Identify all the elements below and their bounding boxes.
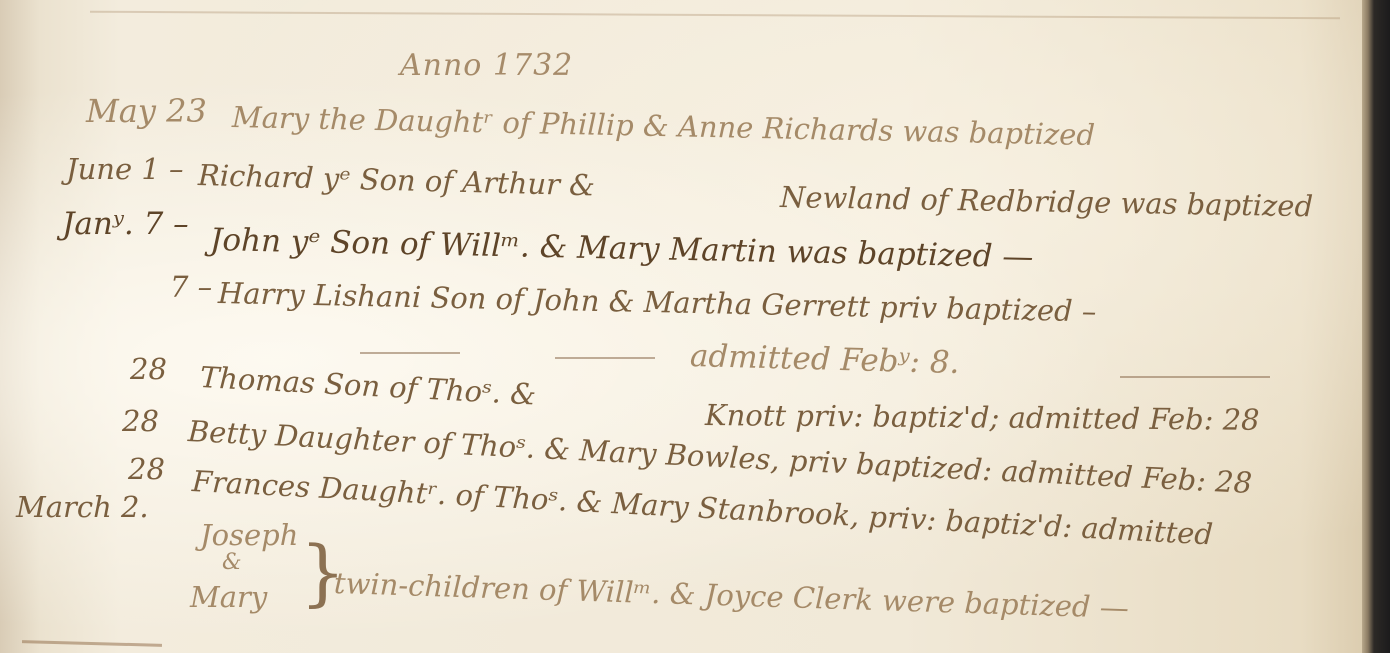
twin-name: Joseph — [200, 518, 298, 552]
entry-text: Harry Lishani Son of John & Martha Gerre… — [218, 276, 1097, 328]
entry-text: Thomas Son of Thoˢ. & — [199, 360, 537, 412]
entry-text: Mary the Daughtʳ of Phillip & Anne Richa… — [232, 100, 1096, 152]
entry-text-continued: Knott priv: baptiz'd; admitted Feb: 28 — [705, 398, 1260, 437]
register-page: Anno 1732 May 23 Mary the Daughtʳ of Phi… — [0, 0, 1362, 653]
entry-date: 28 — [128, 452, 165, 486]
entry-date: 28 — [130, 352, 167, 386]
ruled-line-top — [90, 11, 1340, 20]
entry-date: March 2. — [16, 490, 149, 524]
entry-text: twin-children of Willᵐ. & Joyce Clerk we… — [333, 566, 1129, 625]
entry-text: Richard yᵉ Son of Arthur & — [198, 158, 596, 202]
entry-note: admitted Febʸ: 8. — [690, 338, 960, 381]
entry-date: 28 — [122, 404, 159, 438]
ruled-dash — [1120, 376, 1270, 378]
ruled-dash — [360, 352, 460, 354]
book-binding-edge — [1362, 0, 1390, 653]
entry-date: May 23 — [86, 92, 207, 130]
entry-date: June 1 – — [66, 152, 184, 186]
entry-text-continued: Newland of Redbridge was baptized — [780, 180, 1314, 223]
twin-ampersand: & — [222, 550, 242, 575]
entry-date: Janʸ. 7 – — [62, 206, 189, 242]
ruled-line-bottom — [22, 640, 162, 647]
entry-date: 7 – — [170, 270, 212, 304]
page-heading: Anno 1732 — [400, 48, 573, 83]
twin-name: Mary — [190, 580, 267, 614]
ruled-dash — [555, 357, 655, 359]
entry-text: John yᵉ Son of Willᵐ. & Mary Martin was … — [210, 222, 1034, 275]
